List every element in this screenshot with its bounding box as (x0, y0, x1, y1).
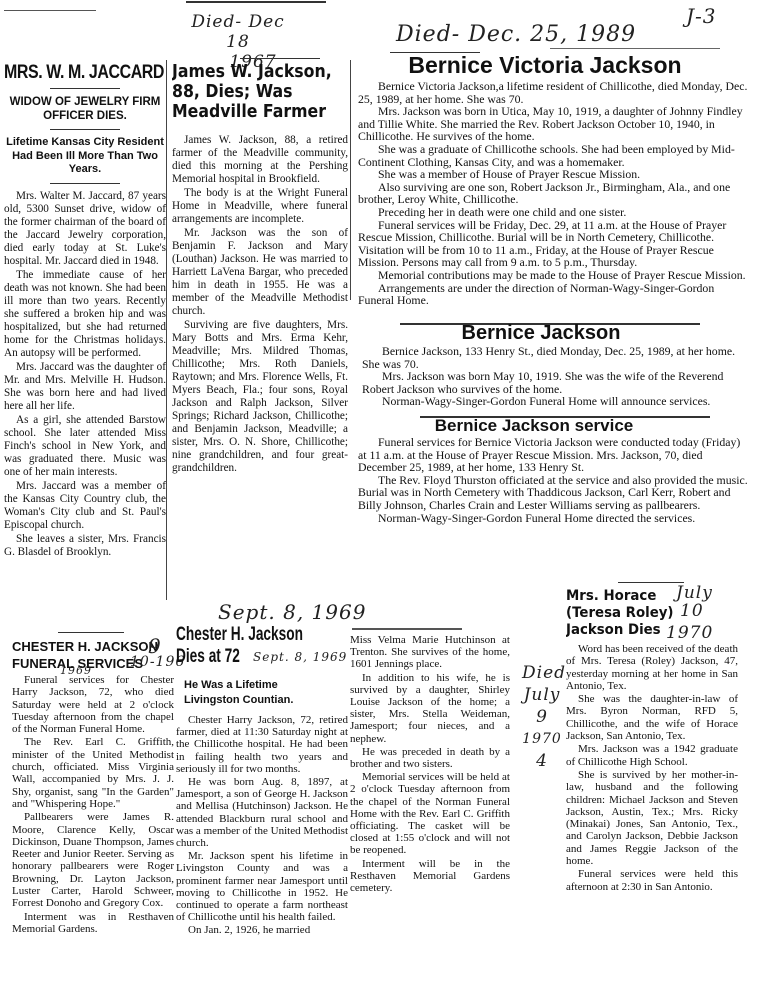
paragraph: The body is at the Wright Funeral Home i… (172, 187, 348, 226)
bernice-service-headline: Bernice Jackson service (358, 416, 750, 436)
bernice-service-body: Funeral services for Bernice Victoria Ja… (358, 436, 750, 524)
paragraph: She was a member of House of Prayer Resc… (358, 168, 750, 181)
chester-dies-deck: He Was a Lifetime Livingston Countian. (184, 678, 348, 708)
paragraph: He was preceded in death by a brother an… (350, 746, 510, 770)
paragraph: Memorial contributions may be made to th… (358, 269, 750, 282)
divider (550, 48, 720, 49)
paragraph: The Rev. Floyd Thurston officiated at th… (358, 474, 750, 512)
top-clip-edge-mid (186, 1, 326, 3)
paragraph: She was the daughter-in-law of Mrs. Byro… (566, 693, 738, 742)
paragraph: Norman-Wagy-Singer-Gordon Funeral Home w… (362, 395, 750, 408)
paragraph: Mrs. Jaccard was a member of the Kansas … (4, 480, 166, 532)
paragraph: On Jan. 2, 1926, he married (176, 924, 348, 936)
paragraph: Mrs. Jaccard was the daughter of Mr. and… (4, 361, 166, 413)
handwritten-date-chester: Sept. 8, 1969 (218, 600, 366, 624)
paragraph: Funeral services for Chester Harry Jacks… (12, 674, 174, 735)
handwritten-line: 10 (676, 602, 713, 620)
paragraph: Preceding her in death were one child an… (358, 206, 750, 219)
paragraph: Mr. Jackson spent his lifetime in Living… (176, 850, 348, 923)
clipping-chester-dies: Chester H. Jackson Dies at 72 He Was a L… (176, 624, 348, 980)
chester-dies-body-col2: Miss Velma Marie Hutchinson at Trenton. … (350, 634, 510, 894)
paragraph: Mrs. Jackson was a 1942 graduate of Chil… (566, 743, 738, 768)
clipping-chester-dies-continued: Miss Velma Marie Hutchinson at Trenton. … (350, 634, 510, 894)
paragraph: Memorial services will be held at 2 o'cl… (350, 771, 510, 856)
handwritten-line: 1970 (522, 728, 562, 750)
headline-line: Chester H. Jackson (176, 624, 300, 646)
paragraph: Mrs. Jackson was born in Utica, May 10, … (358, 105, 750, 143)
clipping-bernice-jackson: Bernice Jackson Bernice Jackson, 133 Hen… (362, 322, 750, 414)
paragraph: She is survived by her mother-in-law, hu… (566, 769, 738, 867)
handwritten-line: 1970 (666, 624, 713, 642)
handwritten-line: July (676, 584, 713, 602)
clipping-teresa-jackson: Mrs. Horace (Teresa Roley) Jackson Dies … (566, 588, 738, 978)
page-label: J-3 (686, 4, 717, 28)
paragraph: Mr. Jackson was the son of Benjamin F. J… (172, 227, 348, 318)
jaccard-deck: Lifetime Kansas City Resident Had Been I… (4, 136, 166, 177)
headline-line: Meadville Farmer (172, 102, 330, 122)
jaccard-body: Mrs. Walter M. Jaccard, 87 years old, 53… (4, 190, 166, 559)
handwritten-line: Died (522, 662, 562, 684)
paragraph: Norman-Wagy-Singer-Gordon Funeral Home d… (358, 512, 750, 525)
divider (50, 183, 120, 184)
paragraph: Funeral services will be Friday, Dec. 29… (358, 219, 750, 269)
paragraph: Chester Harry Jackson, 72, retired farme… (176, 714, 348, 775)
divider (58, 632, 124, 633)
handwritten-note-year: 1969 (60, 664, 92, 677)
divider (240, 58, 320, 59)
deck-line: He Was a Lifetime (184, 678, 348, 693)
paragraph: Funeral services for Bernice Victoria Ja… (358, 436, 750, 474)
paragraph: Mrs. Walter M. Jaccard, 87 years old, 53… (4, 190, 166, 268)
chester-funeral-body: Funeral services for Chester Harry Jacks… (12, 674, 174, 935)
deck-line: Livingston Countian. (184, 693, 348, 708)
handwritten-line: 4 (522, 750, 562, 772)
bernice-full-body: Bernice Victoria Jackson,a lifetime resi… (358, 80, 750, 307)
bernice-short-headline: Bernice Jackson (362, 322, 750, 345)
paragraph: Interment will be in the Resthaven Memor… (350, 858, 510, 894)
column-divider (166, 60, 167, 600)
paragraph: Pallbearers were James R. Moore, Clarenc… (12, 811, 174, 909)
handwritten-line: July (522, 684, 562, 706)
paragraph: Arrangements are under the direction of … (358, 282, 750, 307)
clipping-chester-funeral: CHESTER H. JACKSON FUNERAL SERVICES Fune… (12, 638, 174, 958)
headline-line: James W. Jackson, (172, 62, 330, 82)
handwritten-line: Died- Dec 18 (188, 12, 288, 52)
handwritten-line: 9 (522, 706, 562, 728)
paragraph: Also surviving are one son, Robert Jacks… (358, 181, 750, 206)
paragraph: Funeral services were held this afternoo… (566, 868, 738, 893)
paragraph: She leaves a sister, Mrs. Francis G. Bla… (4, 533, 166, 559)
handwritten-date-teresa-died: Died July 9 1970 4 (522, 662, 562, 772)
paragraph: The Rev. Earl C. Griffith, minister of t… (12, 736, 174, 810)
paragraph: She was a graduate of Chillicothe school… (358, 143, 750, 168)
clipping-bernice-service: Bernice Jackson service Funeral services… (358, 416, 750, 542)
clipping-jaccard: MRS. W. M. JACCARD WIDOW OF JEWELRY FIRM… (4, 62, 166, 602)
chester-dies-body-col1: Chester Harry Jackson, 72, retired farme… (176, 714, 348, 937)
divider (50, 88, 120, 89)
paragraph: James W. Jackson, 88, a retired farmer o… (172, 134, 348, 186)
paragraph: The immediate cause of her death was not… (4, 269, 166, 360)
paragraph: Surviving are five daughters, Mrs. Mary … (172, 319, 348, 475)
paragraph: As a girl, she attended Barstow school. … (4, 414, 166, 479)
column-divider (350, 60, 351, 300)
jaccard-headline: MRS. W. M. JACCARD (4, 62, 140, 84)
divider (50, 129, 120, 130)
bernice-full-headline: Bernice Victoria Jackson (358, 52, 750, 79)
top-clip-edge-left (4, 10, 96, 11)
jaccard-subhead: WIDOW OF JEWELRY FIRM OFFICER DIES. (4, 95, 166, 123)
teresa-body: Word has been received of the death of M… (566, 643, 738, 893)
divider (618, 582, 684, 583)
handwritten-date-bernice: Died- Dec. 25, 1989 (396, 22, 636, 47)
paragraph: In addition to his wife, he is survived … (350, 672, 510, 745)
clipping-james-jackson: James W. Jackson, 88, Dies; Was Meadvill… (172, 62, 348, 502)
james-headline: James W. Jackson, 88, Dies; Was Meadvill… (172, 62, 330, 122)
paragraph: Bernice Jackson, 133 Henry St., died Mon… (362, 345, 750, 370)
paragraph: Interment was in Resthaven Memorial Gard… (12, 911, 174, 936)
paragraph: He was born Aug. 8, 1897, at Jamesport, … (176, 776, 348, 849)
paragraph: Word has been received of the death of M… (566, 643, 738, 692)
handwritten-date-teresa-headline: July 10 1970 (676, 584, 713, 642)
clipping-bernice-victoria-jackson: Bernice Victoria Jackson Bernice Victori… (358, 52, 750, 316)
paragraph: Miss Velma Marie Hutchinson at Trenton. … (350, 634, 510, 671)
paragraph: Mrs. Jackson was born May 10, 1919. She … (362, 370, 750, 395)
bernice-short-body: Bernice Jackson, 133 Henry St., died Mon… (362, 345, 750, 408)
handwritten-date-chester-headline: Sept. 8, 1969 (253, 650, 347, 664)
james-body: James W. Jackson, 88, a retired farmer o… (172, 134, 348, 475)
paragraph: Bernice Victoria Jackson,a lifetime resi… (358, 80, 750, 105)
headline-line: 88, Dies; Was (172, 82, 330, 102)
divider (352, 628, 462, 630)
